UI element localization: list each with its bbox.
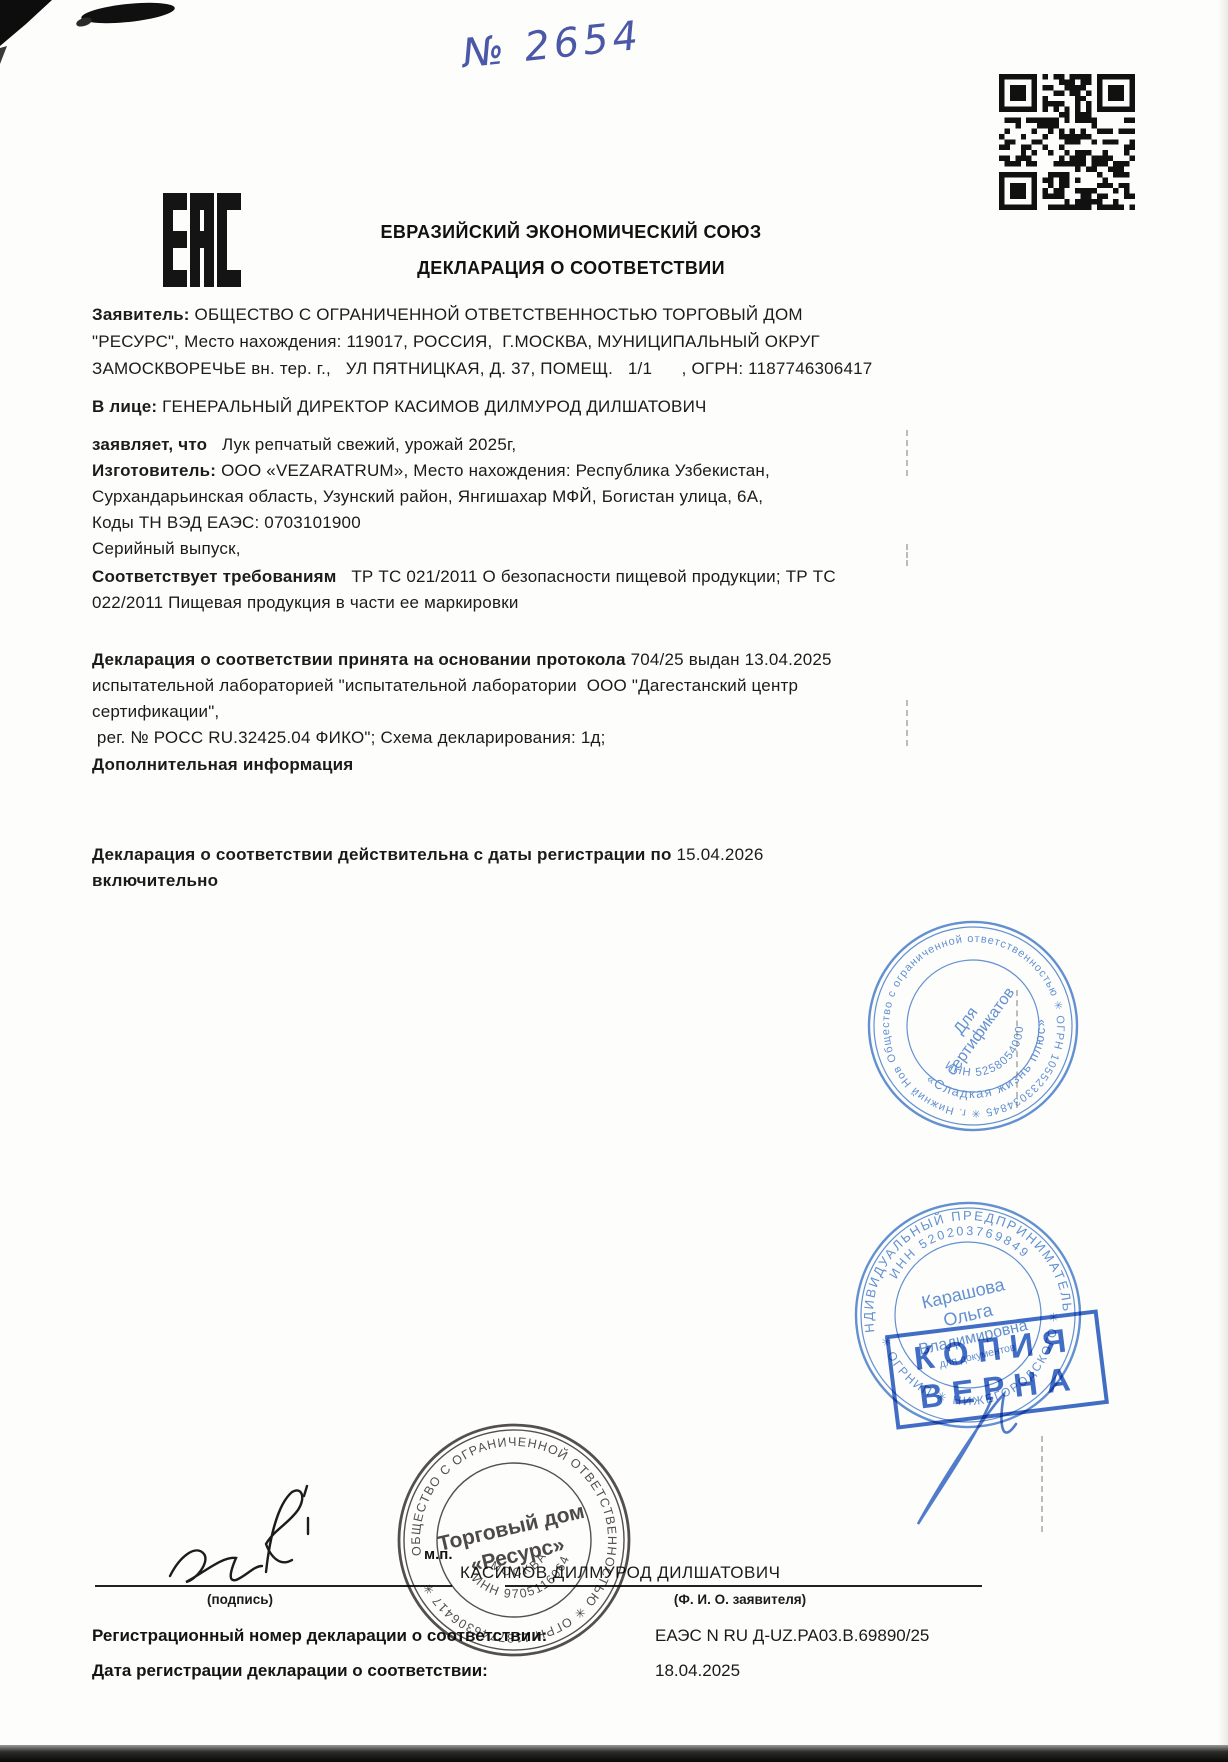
doc-line-validity-2: включительно: [92, 869, 1052, 893]
doc-line-manufacturer-2: Сурхандарьинская область, Узунский район…: [92, 485, 1052, 509]
represented-by-label: В лице:: [92, 397, 157, 416]
trade-house-stamp-ring-text: ОБЩЕСТВО С ОГРАНИЧЕННОЙ ОТВЕТСТВЕННОСТЬЮ…: [394, 1420, 634, 1660]
validity-label: Декларация о соответствии действительна …: [92, 845, 672, 864]
declaration-title: ДЕКЛАРАЦИЯ О СООТВЕТСТВИИ: [92, 258, 1050, 279]
doc-line-requirements-2: 022/2011 Пищевая продукция в части ее ма…: [92, 591, 1052, 615]
doc-line-additional-info: Дополнительная информация: [92, 753, 1052, 777]
qr-code: [998, 74, 1136, 210]
doc-line-reg-ross: рег. № РОСС RU.32425.04 ФИКО"; Схема дек…: [92, 726, 1052, 750]
basis-label: Декларация о соответствии принята на осн…: [92, 650, 626, 669]
applicant-signature: [150, 1460, 350, 1600]
declaration-document-page: № 2654 ЕВРАЗИЙСКИЙ ЭКОНОМИЧЕСКИЙ СОЮЗ ДЕ…: [0, 0, 1228, 1762]
requirements-label: Соответствует требованиям: [92, 567, 337, 586]
doc-line-serial: Серийный выпуск,: [92, 537, 1052, 561]
doc-line-requirements-1: Соответствует требованиям ТР ТС 021/2011…: [92, 565, 1052, 589]
union-title: ЕВРАЗИЙСКИЙ ЭКОНОМИЧЕСКИЙ СОЮЗ: [92, 222, 1050, 243]
doc-line-declares: заявляет, что Лук репчатый свежий, урожа…: [92, 433, 1052, 457]
trade-house-round-stamp: ОБЩЕСТВО С ОГРАНИЧЕННОЙ ОТВЕТСТВЕННОСТЬЮ…: [394, 1420, 634, 1660]
doc-line-applicant-1: Заявитель: ОБЩЕСТВО С ОГРАНИЧЕННОЙ ОТВЕТ…: [92, 303, 1052, 327]
declares-label: заявляет, что: [92, 435, 207, 454]
manufacturer-label: Изготовитель:: [92, 461, 216, 480]
doc-line-represented-by: В лице: ГЕНЕРАЛЬНЫЙ ДИРЕКТОР КАСИМОВ ДИЛ…: [92, 395, 1052, 419]
registration-number-value: ЕАЭС N RU Д-UZ.PA03.B.69890/25: [655, 1626, 929, 1646]
registration-date-value: 18.04.2025: [655, 1661, 740, 1681]
svg-text:ОБЩЕСТВО С ОГРАНИЧЕННОЙ ОТВЕТС: ОБЩЕСТВО С ОГРАНИЧЕННОЙ ОТВЕТСТВЕННОСТЬЮ…: [394, 1420, 634, 1660]
scan-artifact-bottom-edge: [0, 1745, 1228, 1762]
doc-line-applicant-3: ЗАМОСКВОРЕЧЬЕ вн. тер. г., УЛ ПЯТНИЦКАЯ,…: [92, 357, 1052, 381]
doc-line-validity-1: Декларация о соответствии действительна …: [92, 843, 1052, 867]
scan-artifact-dash-3: [906, 700, 908, 746]
blue-signature-flourish: [880, 1380, 1050, 1550]
doc-line-basis-1: Декларация о соответствии принята на осн…: [92, 648, 1052, 672]
supplier-round-stamp: Общество с ограниченной ответственностью…: [863, 916, 1083, 1136]
scan-artifact-dash-2: [906, 544, 908, 566]
scan-artifact-top-left: [0, 0, 210, 70]
doc-line-basis-2: испытательной лабораторией "испытательно…: [92, 674, 1052, 698]
supplier-stamp-ring-text: Общество с ограниченной ответственностью…: [863, 916, 1083, 1136]
doc-line-applicant-2: "РЕСУРС", Место нахождения: 119017, РОСС…: [92, 330, 1052, 354]
scan-artifact-dash-1: [906, 430, 908, 476]
place-of-seal-label: м.п.: [424, 1546, 453, 1563]
registration-date-label: Дата регистрации декларации о соответств…: [92, 1661, 488, 1681]
additional-info-label: Дополнительная информация: [92, 755, 353, 774]
doc-line-tnved-code: Коды ТН ВЭД ЕАЭС: 0703101900: [92, 511, 1052, 535]
scan-artifact-right-edge: [1218, 0, 1228, 1762]
applicant-label: Заявитель:: [92, 305, 190, 324]
handwritten-number: № 2654: [460, 13, 644, 78]
doc-line-manufacturer-1: Изготовитель: ООО «VEZARATRUM», Место на…: [92, 459, 1052, 483]
fio-caption: (Ф. И. О. заявителя): [600, 1592, 880, 1607]
scan-artifact-dash-4: [1016, 990, 1018, 1108]
doc-line-basis-3: сертификации",: [92, 700, 1052, 724]
svg-text:Общество с ограниченной ответс: Общество с ограниченной ответственностью…: [863, 916, 1083, 1136]
